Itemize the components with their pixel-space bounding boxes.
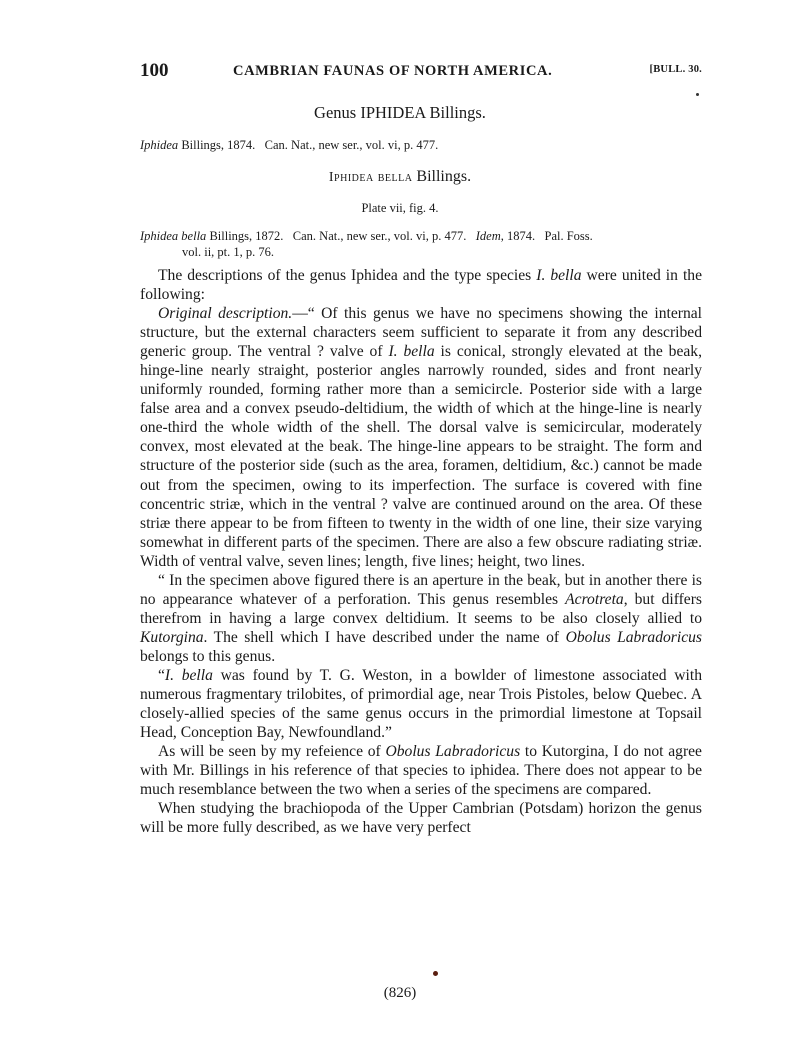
species-italic: I. bella (165, 667, 213, 684)
synonym-citation-a: Billings, 1872. Can. Nat., new ser., vol… (206, 229, 475, 243)
running-title: CAMBRIAN FAUNAS OF NORTH AMERICA. (233, 63, 552, 80)
paragraph: As will be seen by my refeience of Obolu… (140, 742, 702, 799)
species-author: Billings. (412, 168, 471, 185)
text: was found by T. G. Weston, in a bowlder … (140, 667, 702, 741)
paragraph: Original description.—“ Of this genus we… (140, 304, 702, 571)
species-italic: Obolus Labradoricus (566, 629, 702, 646)
synonym-citation-b: , 1874. Pal. Foss. (501, 229, 593, 243)
synonym-idem: Idem (476, 229, 501, 243)
scan-speck (696, 93, 699, 96)
paragraph: The descriptions of the genus Iphidea an… (140, 266, 702, 304)
species-italic: I. bella (388, 343, 434, 360)
genus-heading: Genus IPHIDEA Billings. (0, 103, 800, 123)
text: is conical, strongly elevated at the bea… (140, 343, 702, 570)
paragraph: When studying the brachiopoda of the Upp… (140, 799, 702, 837)
text: The descriptions of the genus Iphidea an… (158, 267, 536, 284)
scan-speck (433, 971, 438, 976)
book-page: 100 CAMBRIAN FAUNAS OF NORTH AMERICA. [B… (0, 0, 800, 1050)
signature-mark: (826) (0, 985, 800, 1002)
text: When studying the brachiopoda of the Upp… (140, 800, 702, 836)
synonym-citation-line2: vol. ii, pt. 1, p. 76. (140, 245, 700, 260)
text: As will be seen by my refeience of (158, 743, 385, 760)
species-italic: Obolus Labradoricus (385, 743, 520, 760)
body-text: The descriptions of the genus Iphidea an… (140, 266, 702, 837)
plate-reference: Plate vii, fig. 4. (0, 201, 800, 216)
synonym-name: Iphidea bella (140, 229, 206, 243)
species-name: Iphidea bella (329, 170, 413, 185)
synonym-citation: Billings, 1874. Can. Nat., new ser., vol… (178, 138, 438, 152)
bulletin-label: [BULL. 30. (650, 64, 702, 75)
paragraph: “I. bella was found by T. G. Weston, in … (140, 666, 702, 742)
lead-italic: Original description. (158, 305, 292, 322)
text: . The shell which I have described under… (204, 629, 566, 646)
running-head: 100 CAMBRIAN FAUNAS OF NORTH AMERICA. [B… (140, 60, 700, 84)
text: “ (158, 667, 165, 684)
genus-synonymy: Iphidea Billings, 1874. Can. Nat., new s… (140, 138, 438, 153)
synonym-name: Iphidea (140, 138, 178, 152)
genus-italic: Acrotreta (565, 591, 624, 608)
genus-italic: Kutorgina (140, 629, 204, 646)
species-synonymy: Iphidea bella Billings, 1872. Can. Nat.,… (140, 229, 700, 260)
paragraph: “ In the specimen above figured there is… (140, 571, 702, 666)
text: belongs to this genus. (140, 648, 275, 665)
species-heading: Iphidea bella Billings. (0, 168, 800, 186)
species-italic: I. bella (536, 267, 581, 284)
page-number: 100 (140, 60, 169, 82)
